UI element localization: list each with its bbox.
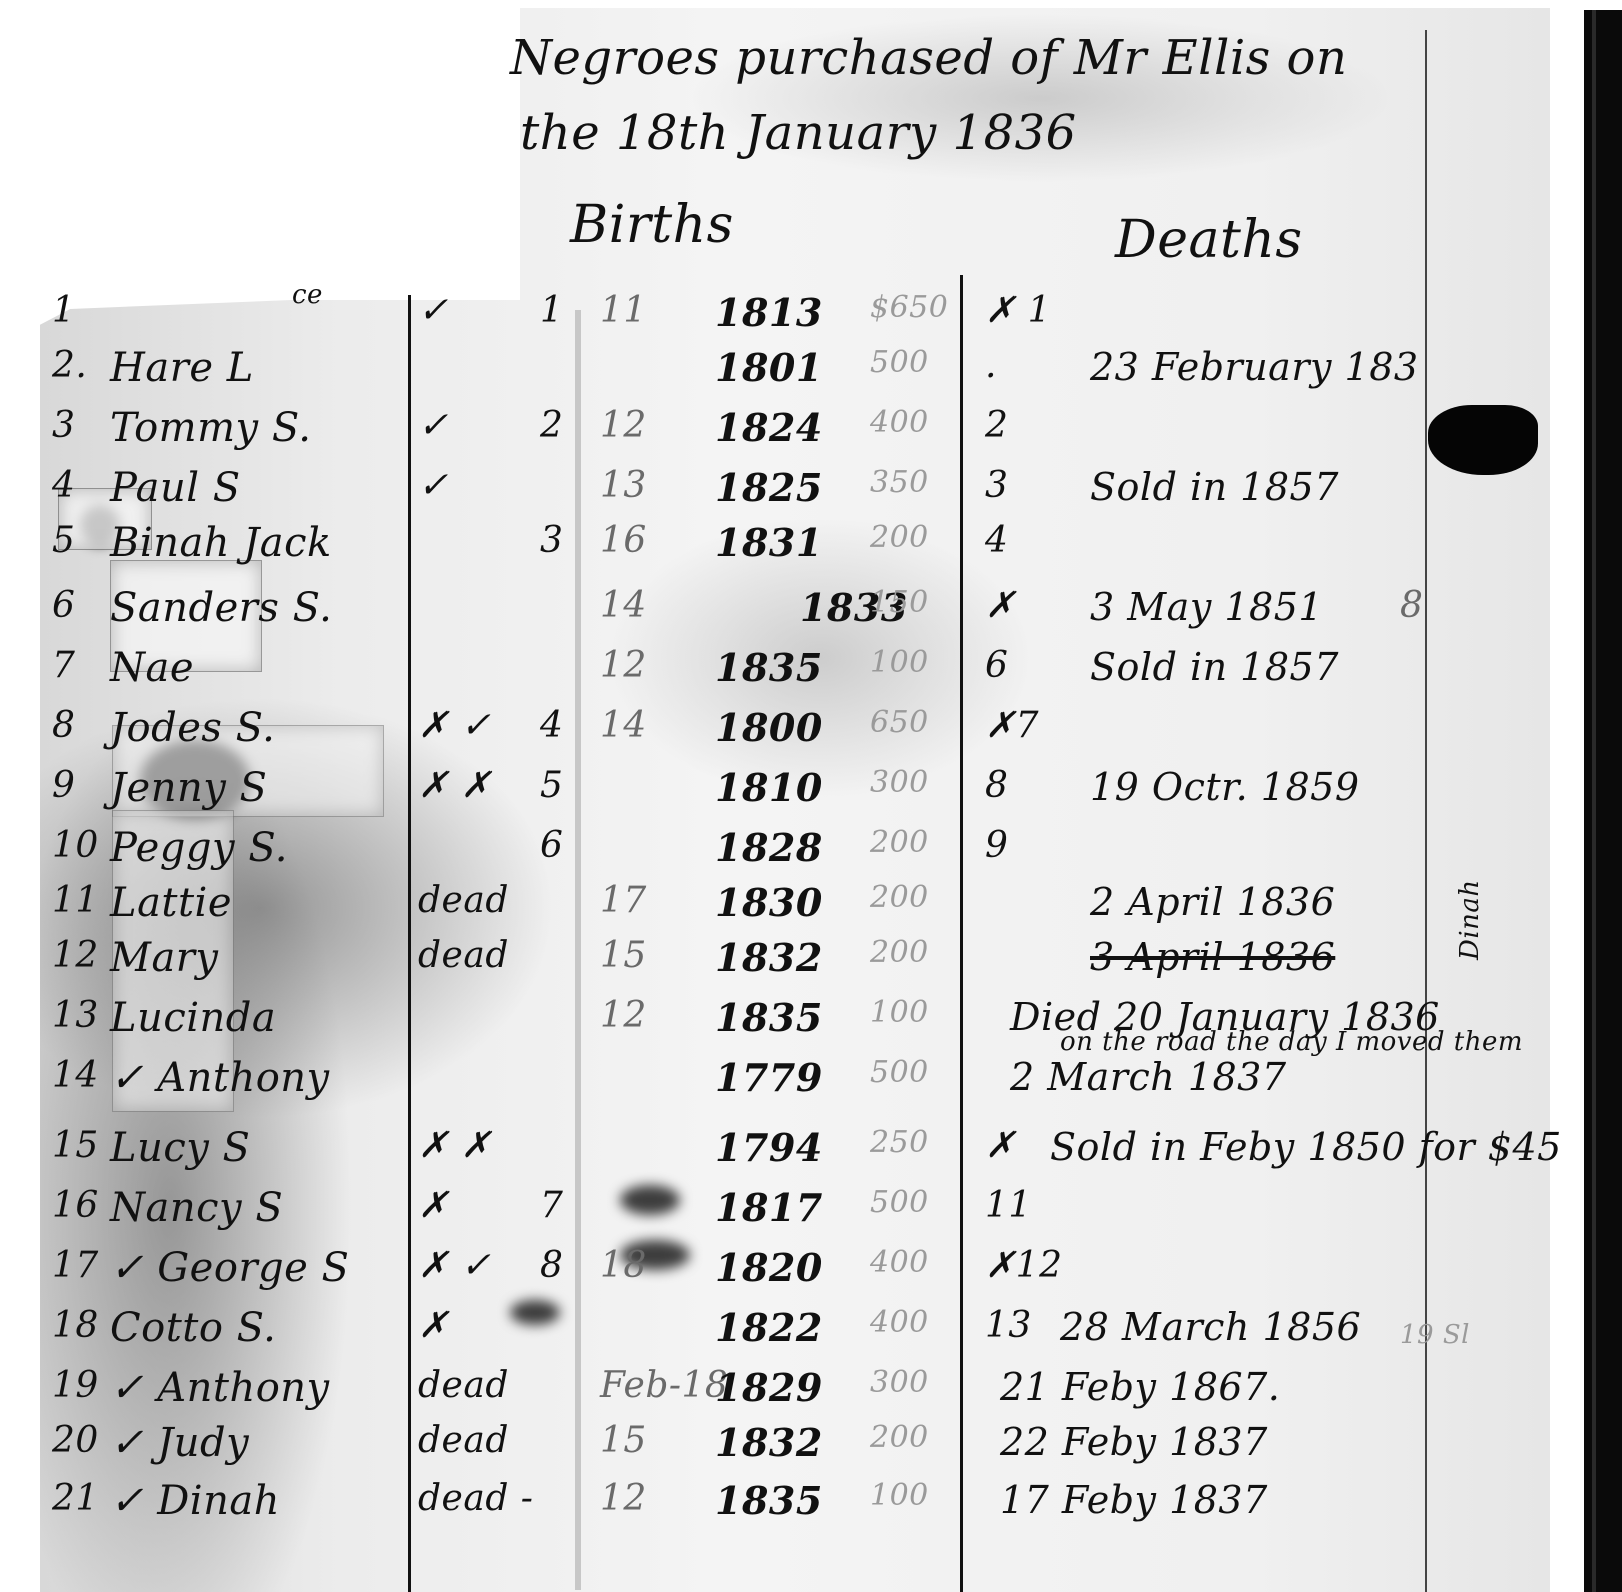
child-number: 4 [540,705,563,746]
death-number: ✗ [985,585,1016,626]
valuation: 200 [870,1420,929,1455]
age-or-note: 11 [600,290,647,331]
row-number: 11 [52,880,99,921]
status-marks: ✗ [418,1305,449,1346]
valuation: 400 [870,405,929,440]
row-number: 14 [52,1055,99,1096]
status-marks: dead [418,1420,509,1461]
birth-year: 1835 [715,645,823,690]
birth-year: 1820 [715,1245,823,1290]
birth-year: 1832 [715,1420,823,1465]
ledger-title-line-2: the 18th January 1836 [520,105,1077,161]
age-or-note: Feb-18 [600,1365,728,1406]
person-name: ✓ George S [110,1245,349,1291]
death-number: ✗ [985,1125,1016,1166]
births-header: Births [570,195,734,255]
death-record: 28 March 1856 [1060,1305,1361,1349]
valuation: 200 [870,825,929,860]
row-number: 15 [52,1125,99,1166]
ledger-scan: Negroes purchased of Mr Ellis on the 18t… [0,0,1622,1592]
person-name: Lucy S [110,1125,250,1171]
child-number: 5 [540,765,563,806]
child-number: 1 [540,290,563,331]
child-number: 2 [540,405,563,446]
age-or-note: 17 [600,880,647,921]
person-name: Sanders S. [110,585,332,631]
person-name: Peggy S. [110,825,288,871]
birth-year: 1817 [715,1185,823,1230]
person-name: ✓ Judy [110,1420,249,1466]
age-or-note: 18 [600,1245,647,1286]
valuation: 150 [870,585,929,620]
death-record: 2 April 1836 [1090,880,1335,924]
birth-year: 1813 [715,290,823,335]
person-name: Paul S [110,465,241,511]
row-number: 1 [52,290,75,331]
row-number: 18 [52,1305,99,1346]
row-number: 6 [52,585,75,626]
death-record: 21 Feby 1867. [1000,1365,1280,1409]
margin-number: 8 [1400,585,1423,626]
row-number: 4 [52,465,75,506]
valuation: 400 [870,1245,929,1280]
person-name: Cotto S. [110,1305,276,1351]
death-record: Sold in 1857 [1090,465,1339,509]
person-name: Lucinda [110,995,276,1041]
death-number: 11 [985,1185,1032,1226]
death-number: 2 [985,405,1008,446]
age-or-note: 16 [600,520,647,561]
valuation: 350 [870,465,929,500]
death-record: 17 Feby 1837 [1000,1478,1268,1522]
deaths-header: Deaths [1115,210,1303,270]
birth-year: 1822 [715,1305,823,1350]
death-number: 8 [985,765,1008,806]
child-number: 3 [540,520,563,561]
birth-year: 1800 [715,705,823,750]
ink-stain [510,1300,560,1325]
death-record: Sold in 1857 [1090,645,1339,689]
death-record-continuation: on the road the day I moved them [1060,1027,1523,1057]
row-number: 9 [52,765,75,806]
death-record: 3 April 1836 [1090,935,1335,979]
age-or-note: 14 [600,585,647,626]
child-number: 7 [540,1185,563,1226]
death-record: 22 Feby 1837 [1000,1420,1268,1464]
row-number: 3 [52,405,75,446]
status-marks: ✓ [418,405,449,446]
top-mark: ce [292,280,323,310]
death-number: 6 [985,645,1008,686]
row-number: 20 [52,1420,99,1461]
person-name: Nae [110,645,194,691]
birth-year: 1832 [715,935,823,980]
row-number: 2. [52,345,87,386]
column-rule-faint [575,310,581,1590]
valuation: $650 [870,290,948,325]
death-record: Sold in Feby 1850 for $45 [1050,1125,1562,1169]
age-or-note: 12 [600,995,647,1036]
age-or-note: 12 [600,1478,647,1519]
row-number: 17 [52,1245,99,1286]
row-number: 21 [52,1478,99,1519]
valuation: 500 [870,345,929,380]
birth-year: 1828 [715,825,823,870]
row-number: 5 [52,520,75,561]
birth-year: 1831 [715,520,823,565]
age-or-note: 14 [600,705,647,746]
age-or-note: 12 [600,645,647,686]
birth-year: 1829 [715,1365,823,1410]
row-number: 16 [52,1185,99,1226]
row-number: 8 [52,705,75,746]
death-number: 4 [985,520,1008,561]
person-name: Lattie [110,880,232,926]
person-name: ✓ Anthony [110,1055,330,1101]
status-marks: ✗ ✗ [418,1125,491,1166]
person-name: Tommy S. [110,405,312,451]
birth-year: 1810 [715,765,823,810]
child-number: 8 [540,1245,563,1286]
child-number: 6 [540,825,563,866]
age-or-note: 13 [600,465,647,506]
person-name: Mary [110,935,219,981]
valuation: 100 [870,1478,929,1513]
valuation: 500 [870,1185,929,1220]
ink-blot [1428,405,1538,475]
valuation: 250 [870,1125,929,1160]
birth-year: 1835 [715,1478,823,1523]
row-number: 13 [52,995,99,1036]
death-number: ✗7 [985,705,1039,746]
death-number: 9 [985,825,1008,866]
death-record: 19 Octr. 1859 [1090,765,1360,809]
status-marks: ✗ [418,1185,449,1226]
margin-note-13: 19 Sl [1400,1320,1470,1350]
death-record: 2 March 1837 [1010,1055,1287,1099]
page-binding-edge [1584,10,1622,1592]
column-rule [1425,30,1427,1592]
status-marks: dead [418,1365,509,1406]
valuation: 100 [870,995,929,1030]
status-marks: ✗ ✓ [418,1245,491,1286]
death-number: ✗12 [985,1245,1062,1286]
death-number: ✗ 1 [985,290,1051,331]
status-marks: ✗ ✗ [418,765,491,806]
birth-year: 1779 [715,1055,823,1100]
valuation: 300 [870,1365,929,1400]
ledger-title-line-1: Negroes purchased of Mr Ellis on [510,30,1347,86]
person-name: Nancy S [110,1185,283,1231]
person-name: ✓ Dinah [110,1478,280,1524]
status-marks: ✓ [418,465,449,506]
valuation: 200 [870,935,929,970]
status-marks: dead [418,880,509,921]
birth-year: 1824 [715,405,823,450]
valuation: 300 [870,765,929,800]
age-or-note: 15 [600,935,647,976]
status-marks: dead [418,935,509,976]
row-number: 7 [52,645,75,686]
column-rule [960,275,963,1592]
blank-top-left-area [0,0,520,300]
status-marks: ✗ ✓ [418,705,491,746]
row-number: 19 [52,1365,99,1406]
valuation: 500 [870,1055,929,1090]
person-name: Hare L [110,345,254,391]
person-name: Jenny S [110,765,267,811]
valuation: 100 [870,645,929,680]
age-or-note: 15 [600,1420,647,1461]
death-record: 3 May 1851 [1090,585,1323,629]
death-number: 13 [985,1305,1032,1346]
age-or-note: 12 [600,405,647,446]
birth-year: 1794 [715,1125,823,1170]
death-number: . [985,345,997,386]
birth-year: 1830 [715,880,823,925]
valuation: 400 [870,1305,929,1340]
birth-year: 1801 [715,345,823,390]
person-name: Binah Jack [110,520,332,566]
person-name: Jodes S. [110,705,275,751]
status-marks: dead - [418,1478,533,1519]
valuation: 200 [870,880,929,915]
valuation: 650 [870,705,929,740]
valuation: 200 [870,520,929,555]
death-record: 23 February 183 [1090,345,1419,389]
death-number: 3 [985,465,1008,506]
margin-note-vertical: Dinah [1455,879,1485,960]
birth-year: 1835 [715,995,823,1040]
person-name: ✓ Anthony [110,1365,330,1411]
row-number: 12 [52,935,99,976]
birth-year: 1825 [715,465,823,510]
column-rule [408,295,411,1592]
row-number: 10 [52,825,99,866]
status-marks: ✓ [418,290,449,331]
ink-stain [620,1185,680,1215]
